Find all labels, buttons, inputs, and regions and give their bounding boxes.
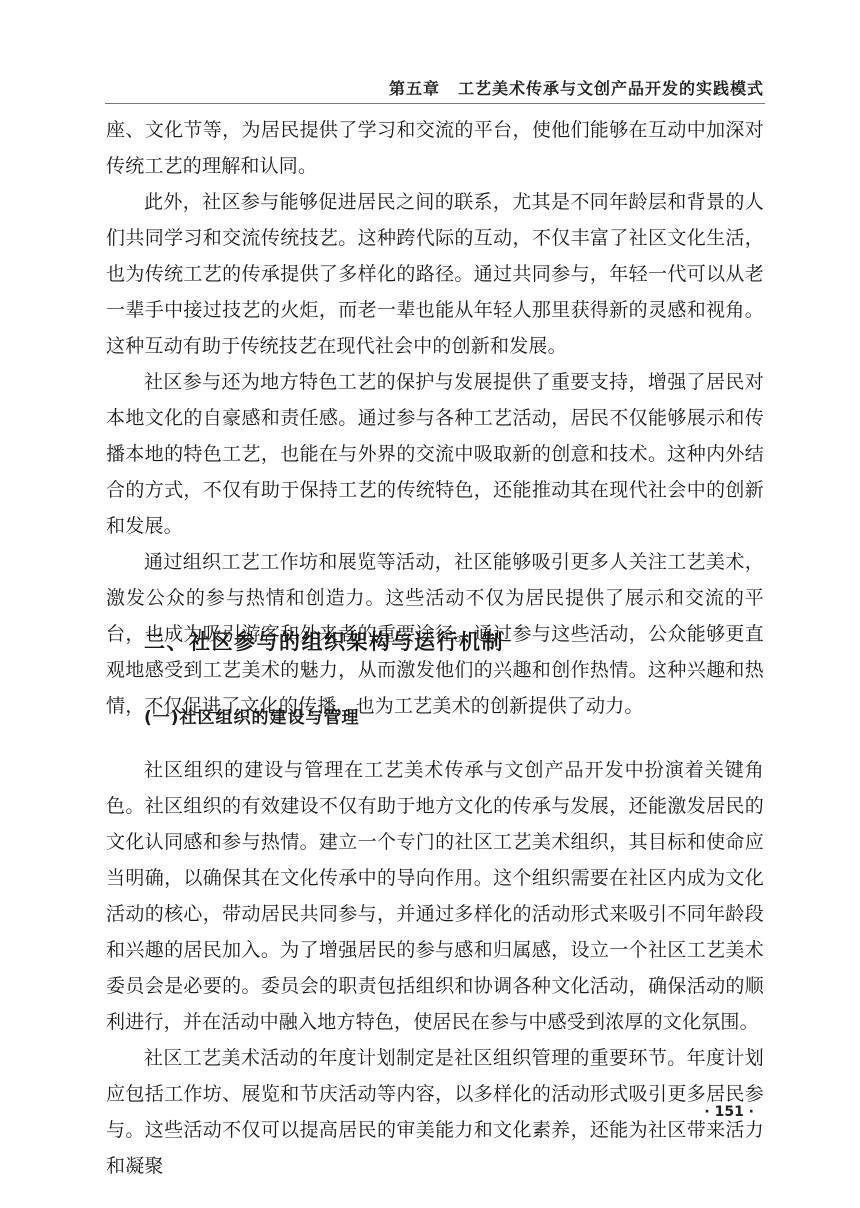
running-head: 第五章工艺美术传承与文创产品开发的实践模式 — [389, 76, 764, 99]
subsection-heading: (一)社区组织的建设与管理 — [144, 703, 360, 728]
paragraph: 座、文化节等，为居民提供了学习和交流的平台，使他们能够在互动中加深对传统工艺的理… — [106, 112, 764, 184]
paragraph: 社区参与还为地方特色工艺的保护与发展提供了重要支持，增强了居民对本地文化的自豪感… — [106, 364, 764, 544]
chapter-title: 工艺美术传承与文创产品开发的实践模式 — [458, 79, 764, 98]
paragraph: 此外，社区参与能够促进居民之间的联系，尤其是不同年龄层和背景的人们共同学习和交流… — [106, 184, 764, 364]
page-number: · 151 · — [704, 1104, 754, 1120]
paragraph: 社区组织的建设与管理在工艺美术传承与文创产品开发中扮演着关键角色。社区组织的有效… — [106, 752, 764, 1040]
header-rule — [105, 103, 765, 104]
chapter-number: 第五章 — [389, 79, 440, 98]
paragraph: 社区工艺美术活动的年度计划制定是社区组织管理的重要环节。年度计划应包括工作坊、展… — [106, 1040, 764, 1184]
section-heading: 二、社区参与的组织架构与运行机制 — [144, 626, 504, 656]
body-text-bottom: 社区组织的建设与管理在工艺美术传承与文创产品开发中扮演着关键角色。社区组织的有效… — [106, 752, 764, 1184]
